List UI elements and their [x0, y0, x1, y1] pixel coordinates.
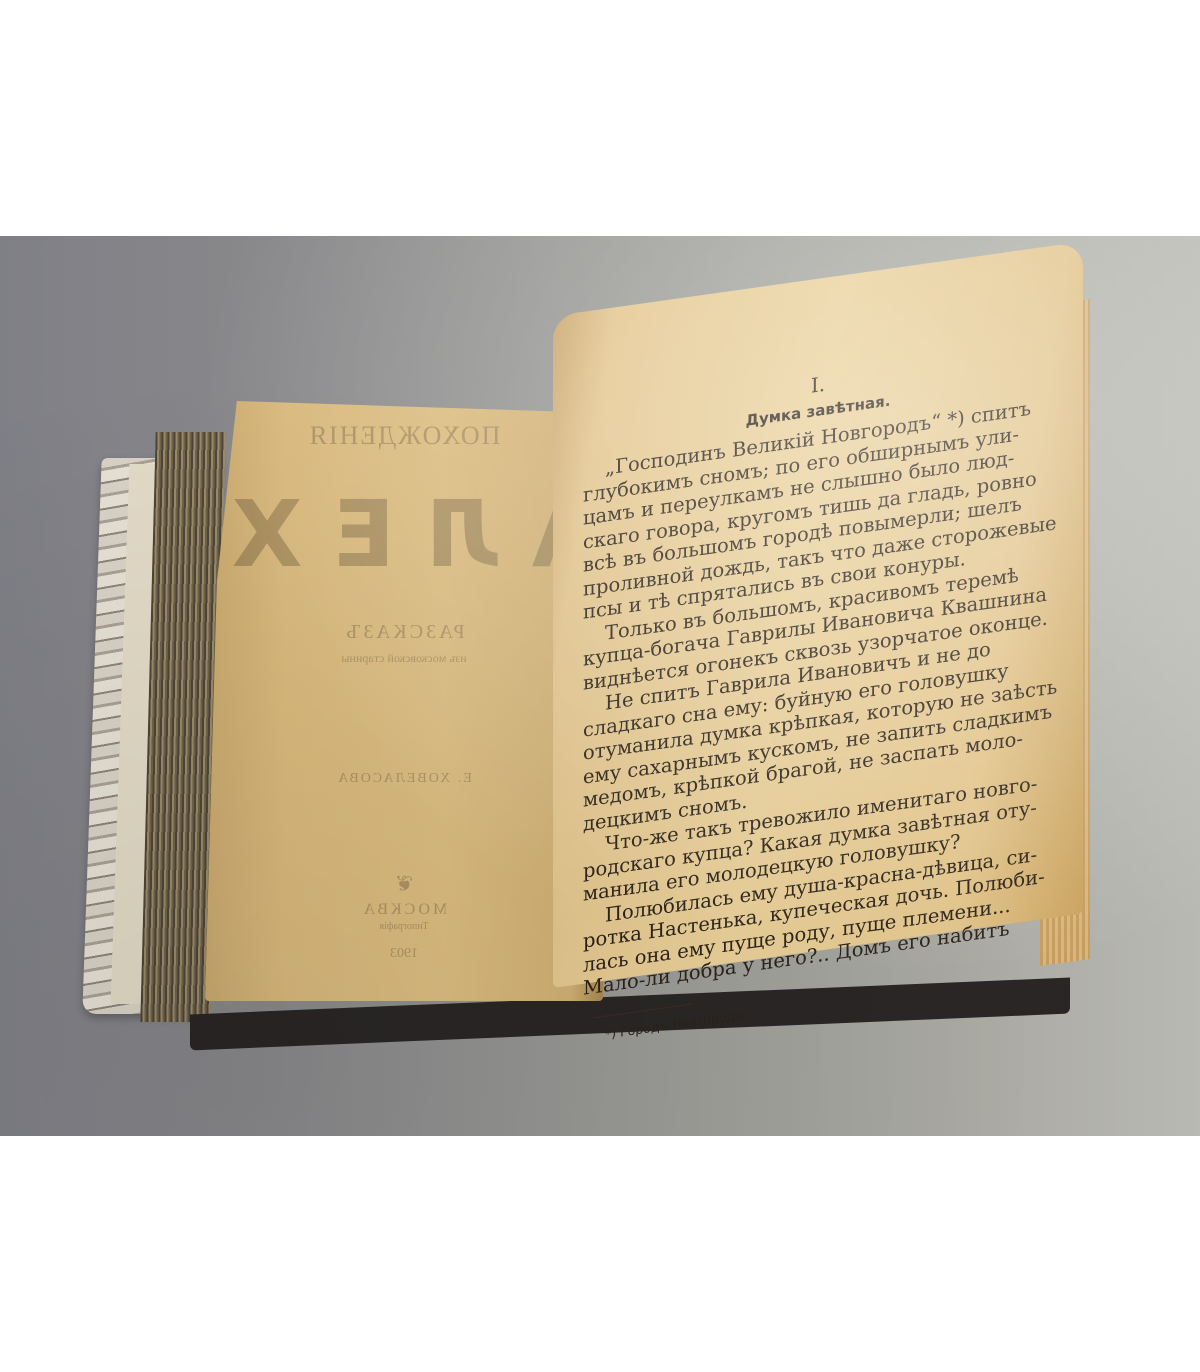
bleed-year: 1903	[205, 946, 603, 962]
book-photo: ПОХОЖДЕНІЯ АЛЕХА РАЗСКАЗЪ изъ московской…	[0, 236, 1200, 1136]
page-text: I. Думка завѣтная. „Господинъ Великій Но…	[583, 341, 1053, 1049]
bleed-subtitle: РАЗСКАЗЪ	[205, 621, 603, 644]
bleed-place: МОСКВА	[205, 901, 603, 919]
bleed-title: АЛЕХА	[205, 481, 603, 588]
text-lines: „Господинъ Великій Новгородъ“ *) спитъгл…	[583, 394, 1053, 1001]
bleed-printer: Типографія	[205, 921, 603, 932]
bleed-line-1: ПОХОЖДЕНІЯ	[205, 421, 603, 451]
left-page: ПОХОЖДЕНІЯ АЛЕХА РАЗСКАЗЪ изъ московской…	[205, 401, 603, 1001]
bleed-small-line: изъ московской старины	[205, 651, 603, 666]
right-page: I. Думка завѣтная. „Господинъ Великій Но…	[553, 242, 1083, 988]
bleed-author: Е. ХОВЕЛАСОВА	[205, 771, 603, 787]
bleed-ornament-icon: ❦	[205, 871, 603, 897]
